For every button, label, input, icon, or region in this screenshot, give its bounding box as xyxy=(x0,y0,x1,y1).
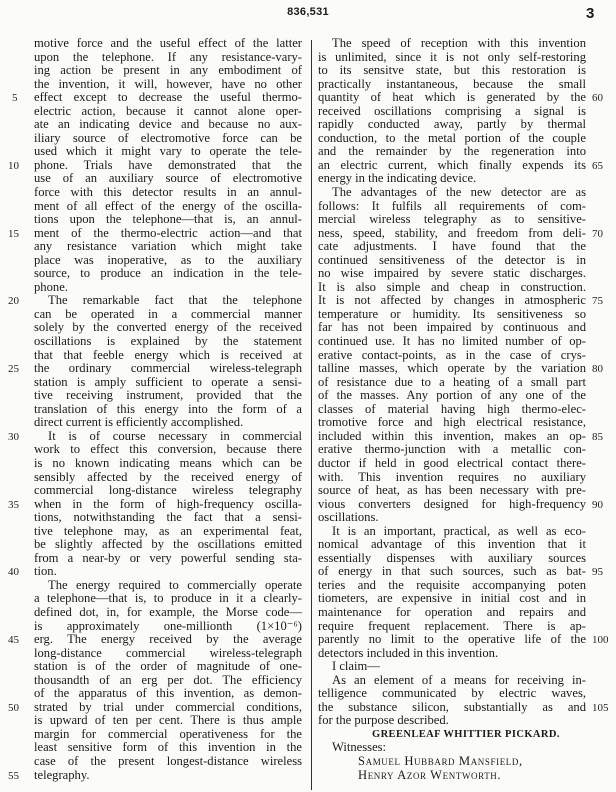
text-line: The advantages of the new detector are a… xyxy=(318,186,586,200)
text-line: is unlimited, since it is not only self-… xyxy=(318,51,586,65)
text-line: cate adjustments. I have found that the xyxy=(318,240,586,254)
right-column: The speed of reception with this inventi… xyxy=(318,37,586,782)
margin-line-number: 70 xyxy=(592,228,603,240)
text-line: thousandth of an erg per dot. The effici… xyxy=(34,674,302,688)
text-line: sensibly affected by the received energy… xyxy=(34,471,302,485)
text-line: place was inoperative, as to the auxilia… xyxy=(34,254,302,268)
text-line: station is amply sufficient to operate a… xyxy=(34,376,302,390)
text-line: the invention, it will, however, have no… xyxy=(34,78,302,92)
margin-line-number: 75 xyxy=(592,295,603,307)
text-line: The remarkable fact that the telephone xyxy=(34,294,302,308)
text-line: tive telephone may, as an experimental f… xyxy=(34,525,302,539)
text-line: continued sensitiveness of the detector … xyxy=(318,254,586,268)
text-line: iliary source of electromotive force can… xyxy=(34,132,302,146)
inventor-signature: GREENLEAF WHITTIER PICKARD. xyxy=(318,728,586,742)
text-line: require frequent replacement. There is a… xyxy=(318,620,586,634)
text-line: force with this detector results in an a… xyxy=(34,186,302,200)
margin-line-number: 20 xyxy=(8,295,19,307)
text-line: It is of course necessary in commercial xyxy=(34,430,302,444)
text-line: source of heat, as has been necessary wi… xyxy=(318,484,586,498)
left-column: motive force and the useful effect of th… xyxy=(34,37,302,782)
text-line: The energy required to commercially oper… xyxy=(34,579,302,593)
margin-line-number: 15 xyxy=(8,228,19,240)
text-line: case of the present longest-distance wir… xyxy=(34,755,302,769)
text-line: defined dot, in, for example, the Morse … xyxy=(34,606,302,620)
text-line: received oscillations comprising a signa… xyxy=(318,105,586,119)
margin-line-number: 55 xyxy=(8,770,19,782)
text-line: energy in the indicating device. xyxy=(318,172,586,186)
margin-line-number: 85 xyxy=(592,431,603,443)
text-line: tiometers, are expensive in initial cost… xyxy=(318,592,586,606)
text-line: that that feeble energy which is receive… xyxy=(34,349,302,363)
text-line: can be operated in a commercial manner xyxy=(34,308,302,322)
text-line: the ordinary commercial wireless-telegra… xyxy=(34,362,302,376)
text-line: electric action, because it cannot alone… xyxy=(34,105,302,119)
text-line: classes of material having high thermo-e… xyxy=(318,403,586,417)
text-line: of the masses. Any portion of any one of… xyxy=(318,389,586,403)
text-line: As an element of a means for receiving i… xyxy=(318,674,586,688)
page-number: 3 xyxy=(586,5,594,22)
text-line: erg. The energy received by the average xyxy=(34,633,302,647)
text-line: nomical advantage of this invention that… xyxy=(318,538,586,552)
witnesses-label: Witnesses: xyxy=(318,741,586,755)
text-line: is no known indicating means which can b… xyxy=(34,457,302,471)
text-line: telligence communicated by electric wave… xyxy=(318,687,586,701)
text-line: upon the telephone. If any resistance-va… xyxy=(34,51,302,65)
margin-line-number: 40 xyxy=(8,566,19,578)
text-line: ing action be present in any embodiment … xyxy=(34,64,302,78)
margin-line-number: 105 xyxy=(592,702,609,714)
text-line: conduction, to the metal portion of the … xyxy=(318,132,586,146)
text-line: long-distance commercial wireless-telegr… xyxy=(34,647,302,661)
text-line: included within this invention, makes an… xyxy=(318,430,586,444)
text-line: least sensitive form of this invention i… xyxy=(34,741,302,755)
text-line: tive receiving instrument, provided that… xyxy=(34,389,302,403)
margin-line-number: 35 xyxy=(8,499,19,511)
text-line: ness, speed, stability, and freedom from… xyxy=(318,227,586,241)
text-line: tromotive force and high electrical resi… xyxy=(318,416,586,430)
text-line: no wise impaired by severe static discha… xyxy=(318,267,586,281)
text-line: for the purpose described. xyxy=(318,714,586,728)
text-line: of the apparatus of this invention, as d… xyxy=(34,687,302,701)
margin-line-number: 45 xyxy=(8,634,19,646)
margin-line-number: 5 xyxy=(12,92,18,104)
text-line: to its sensitve state, but this restorat… xyxy=(318,64,586,78)
column-divider xyxy=(311,40,312,790)
text-line: is upward of ten per cent. There is thus… xyxy=(34,714,302,728)
text-line: teries and the requisite accompanying po… xyxy=(318,579,586,593)
text-line: vious converters designed for high-frequ… xyxy=(318,498,586,512)
text-line: when in the form of high-frequency oscil… xyxy=(34,498,302,512)
text-line: station is of the order of magnitude of … xyxy=(34,660,302,674)
text-line: oscillations. xyxy=(318,511,586,525)
text-line: tions, notwithstanding the fact that a s… xyxy=(34,511,302,525)
text-line: an electric current, which finally expen… xyxy=(318,159,586,173)
text-line: direct current is efficiently accomplish… xyxy=(34,416,302,430)
margin-line-number: 60 xyxy=(592,92,603,104)
text-line: maintenance for operation and repairs an… xyxy=(318,606,586,620)
text-line: strated by trial under commercial condit… xyxy=(34,701,302,715)
text-line: erative thermo-junction with a metallic … xyxy=(318,443,586,457)
text-line: oscillations is explained by the stateme… xyxy=(34,335,302,349)
text-line: erative contact-points, as in the case o… xyxy=(318,349,586,363)
text-line: any resistance variation which might tak… xyxy=(34,240,302,254)
claim-heading: I claim— xyxy=(318,660,586,674)
margin-line-number: 50 xyxy=(8,702,19,714)
text-line: source, to produce an indication in the … xyxy=(34,267,302,281)
text-line: quantity of heat which is generated by t… xyxy=(318,91,586,105)
text-line: It is also simple and cheap in construct… xyxy=(318,281,586,295)
text-line: margin for commercial operativeness for … xyxy=(34,728,302,742)
text-line: mercial wireless telegraphy as to sensit… xyxy=(318,213,586,227)
text-line: effect except to decrease the useful the… xyxy=(34,91,302,105)
margin-line-number: 10 xyxy=(8,160,19,172)
witness-name: Samuel Hubbard Mansfield, xyxy=(318,755,586,769)
text-line: essentially dispenses with auxiliary sou… xyxy=(318,552,586,566)
text-line: phone. xyxy=(34,281,302,295)
margin-line-number: 65 xyxy=(592,160,603,172)
text-line: tion. xyxy=(34,565,302,579)
text-line: It is an important, practical, as well a… xyxy=(318,525,586,539)
text-line: motive force and the useful effect of th… xyxy=(34,37,302,51)
text-line: is approximately one-millionth (1×10⁻⁶) xyxy=(34,620,302,634)
text-line: of energy in that such sources, such as … xyxy=(318,565,586,579)
margin-line-number: 30 xyxy=(8,431,19,443)
text-line: solely by the converted energy of the re… xyxy=(34,321,302,335)
text-line: continued use. It has no limited number … xyxy=(318,335,586,349)
text-line: work to effect this conversion, because … xyxy=(34,443,302,457)
text-line: parently no limit to the operative life … xyxy=(318,633,586,647)
text-line: translation of this energy into the form… xyxy=(34,403,302,417)
text-line: ate an indicating device and because no … xyxy=(34,118,302,132)
margin-line-number: 90 xyxy=(592,499,603,511)
text-line: and the remainder by the regeneration in… xyxy=(318,145,586,159)
text-line: rapidly conducted away, partly by therma… xyxy=(318,118,586,132)
text-line: telegraphy. xyxy=(34,769,302,783)
text-line: be slightly affected by the oscillations… xyxy=(34,538,302,552)
text-line: a telephone—that is, to produce in it a … xyxy=(34,592,302,606)
margin-line-number: 80 xyxy=(592,363,603,375)
text-line: from a near-by or very powerful sending … xyxy=(34,552,302,566)
text-line: ment of all effect of the energy of the … xyxy=(34,200,302,214)
text-line: of resistance due to a heating of a smal… xyxy=(318,376,586,390)
text-line: use of an auxiliary source of electromot… xyxy=(34,172,302,186)
witness-name: Henry Azor Wentworth. xyxy=(318,769,586,783)
text-line: ductor if held in good electrical contac… xyxy=(318,457,586,471)
patent-number: 836,531 xyxy=(0,6,616,18)
margin-line-number: 25 xyxy=(8,363,19,375)
text-line: The speed of reception with this inventi… xyxy=(318,37,586,51)
text-line: temperature or humidity. Its sensitivene… xyxy=(318,308,586,322)
text-line: the substance silicon, substantially as … xyxy=(318,701,586,715)
text-line: with. This invention requires no auxilia… xyxy=(318,471,586,485)
text-line: follows: It fulfils all requirements of … xyxy=(318,200,586,214)
text-line: talline masses, which operate by the var… xyxy=(318,362,586,376)
text-line: phone. Trials have demonstrated that the xyxy=(34,159,302,173)
text-line: used which it might vary to operate the … xyxy=(34,145,302,159)
margin-line-number: 95 xyxy=(592,566,603,578)
patent-page: 836,531 3 motive force and the useful ef… xyxy=(0,0,616,792)
text-line: tions upon the telephone—that is, an ann… xyxy=(34,213,302,227)
text-line: detectors included in this invention. xyxy=(318,647,586,661)
margin-line-number: 100 xyxy=(592,634,609,646)
text-line: ment of the thermo-electric action—and t… xyxy=(34,227,302,241)
text-line: It is not affected by changes in atmosph… xyxy=(318,294,586,308)
text-line: far has not been impaired by continuous … xyxy=(318,321,586,335)
text-line: practically instantaneous, because the s… xyxy=(318,78,586,92)
text-line: commercial long-distance wireless telegr… xyxy=(34,484,302,498)
